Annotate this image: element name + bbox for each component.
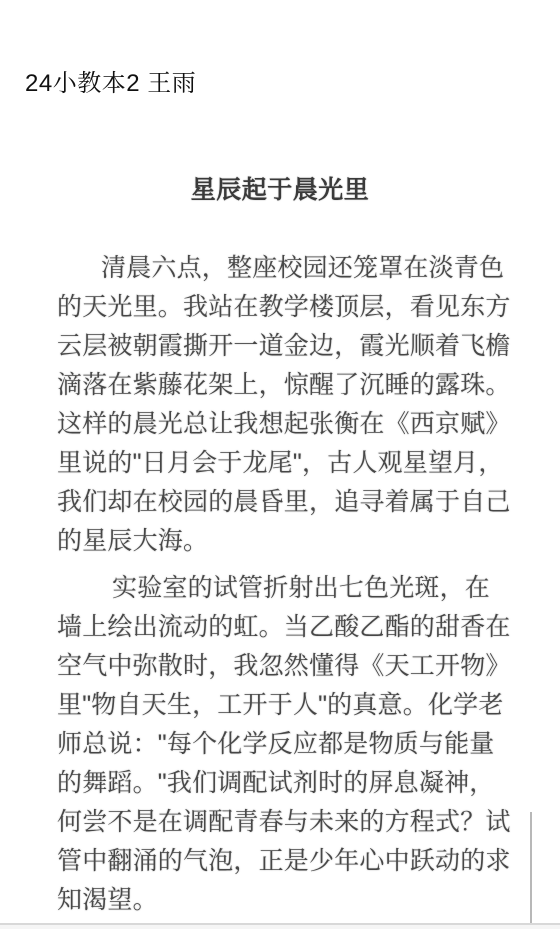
- document-filename-label: 24小教本2 王雨: [25, 68, 196, 100]
- essay-line: 这样的晨光总让我想起张衡在《西京赋》: [57, 405, 512, 444]
- essay-line: 我们却在校园的晨昏里，追寻着属于自己: [57, 483, 512, 522]
- essay-photo[interactable]: 星辰起于晨光里 清晨六点，整座校园还笼罩在淡青色的天光里。我站在教学楼顶层，看见…: [0, 120, 560, 923]
- essay-line: 何尝不是在调配青春与未来的方程式？试: [57, 803, 512, 842]
- essay-line: 管中翻涌的气泡，正是少年心中跃动的求: [57, 842, 512, 881]
- essay-line: 清晨六点，整座校园还笼罩在淡青色: [57, 249, 512, 288]
- essay-line: 实验室的试管折射出七色光斑，在: [57, 569, 512, 608]
- essay-paragraph-2: 实验室的试管折射出七色光斑，在墙上绘出流动的虹。当乙酸乙酯的甜香在空气中弥散时，…: [57, 569, 512, 920]
- essay-title: 星辰起于晨光里: [0, 170, 560, 206]
- essay-line: 墙上绘出流动的虹。当乙酸乙酯的甜香在: [57, 608, 512, 647]
- essay-line: 里说的"日月会于龙尾"，古人观星望月，: [57, 444, 512, 483]
- document-viewer-screen: 24小教本2 王雨 星辰起于晨光里 清晨六点，整座校园还笼罩在淡青色的天光里。我…: [0, 0, 560, 929]
- essay-line: 知渴望。: [57, 881, 512, 920]
- essay-paragraph-1: 清晨六点，整座校园还笼罩在淡青色的天光里。我站在教学楼顶层，看见东方云层被朝霞撕…: [57, 249, 512, 561]
- essay-line: 里"物自天生，工开于人"的真意。化学老: [57, 686, 512, 725]
- essay-line: 的舞蹈。"我们调配试剂时的屏息凝神，: [57, 764, 512, 803]
- essay-line: 云层被朝霞撕开一道金边，霞光顺着飞檐: [57, 327, 512, 366]
- essay-line: 滴落在紫藤花架上，惊醒了沉睡的露珠。: [57, 366, 512, 405]
- essay-line: 的星辰大海。: [57, 522, 512, 561]
- photo-edge-vertical-line: [530, 812, 532, 924]
- essay-line: 师总说："每个化学反应都是物质与能量: [57, 725, 512, 764]
- essay-line: 空气中弥散时，我忽然懂得《天工开物》: [57, 647, 512, 686]
- page-gap-strip: [0, 925, 560, 929]
- essay-line: 的天光里。我站在教学楼顶层，看见东方: [57, 288, 512, 327]
